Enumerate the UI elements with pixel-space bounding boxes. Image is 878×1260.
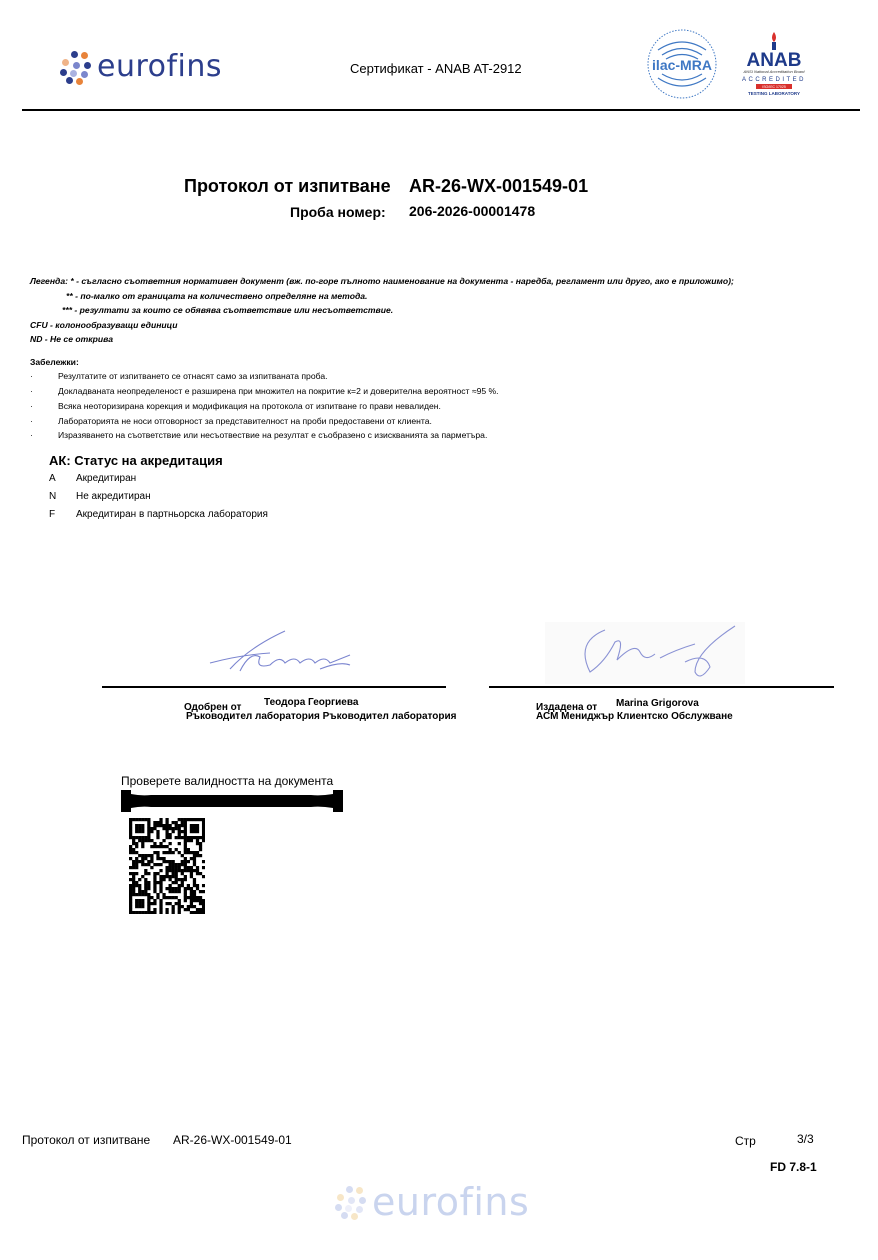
legend-line: ND - Не се открива (30, 334, 113, 344)
footer-doc-number: AR-26-WX-001549-01 (173, 1133, 292, 1147)
status-label: Акредитиран (76, 473, 136, 484)
eurofins-logo: eurofins (57, 49, 222, 85)
note-text: Лабораторията не носи отговорност за пре… (58, 416, 432, 426)
report-number: AR-26-WX-001549-01 (409, 176, 588, 197)
certificate-title: Сертификат - ANAB AT-2912 (350, 61, 522, 76)
signature-icon (545, 622, 745, 684)
approver-signature (200, 625, 360, 681)
footer-eurofins-logo: eurofins (332, 1184, 529, 1220)
note-item: · Всяка неоторизирана корекция и модифик… (30, 401, 441, 411)
svg-text:ACCREDITED: ACCREDITED (742, 77, 806, 83)
accreditation-status-row: A Акредитиран (49, 473, 136, 484)
svg-text:ilac-MRA: ilac-MRA (652, 57, 712, 73)
note-item: · Лабораторията не носи отговорност за п… (30, 416, 432, 426)
issuer-signature (545, 622, 745, 684)
signature-icon (200, 625, 360, 681)
note-text: Всяка неоторизирана корекция и модификац… (58, 401, 441, 411)
status-code: A (49, 473, 76, 484)
issuer-role: АСМ Мениджър Клиентско Обслужване (536, 711, 733, 722)
eurofins-wordmark: eurofins (372, 1184, 529, 1220)
redacted-link[interactable] (121, 790, 343, 812)
verify-document-label: Проверете валидността на документа (121, 774, 333, 788)
eurofins-wordmark: eurofins (97, 49, 222, 85)
issuer-name: Marina Grigorova (616, 698, 699, 709)
bullet-icon: · (30, 371, 58, 381)
accreditation-status-row: F Акредитиран в партньорска лаборатория (49, 509, 268, 520)
sample-number-label: Проба номер: (290, 204, 386, 220)
bullet-icon: · (30, 386, 58, 396)
notes-title: Забележки: (30, 357, 79, 367)
note-item: · Докладваната неопределеност е разширен… (30, 386, 499, 396)
note-text: Резултатите от изпитването се отнасят са… (58, 371, 328, 381)
svg-text:TESTING LABORATORY: TESTING LABORATORY (748, 91, 800, 96)
ilac-anab-logo-icon: ilac-MRA ANAB ANSI National Accreditatio… (646, 28, 826, 100)
qr-code-icon (129, 818, 205, 914)
note-text: Изразяването на съответствие или несъотв… (58, 430, 487, 440)
legend-line: CFU - колонообразуващи единици (30, 320, 177, 330)
footer-page-number: 3/3 (797, 1132, 814, 1146)
legend-line: Легенда: * - съгласно съответния нормати… (30, 276, 734, 286)
status-code: F (49, 509, 76, 520)
header-divider (22, 109, 860, 111)
legend-line: ** - по-малко от границата на количестве… (66, 291, 367, 301)
bullet-icon: · (30, 430, 58, 440)
accreditation-status-title: АК: Статус на акредитация (49, 453, 223, 468)
qr-code[interactable] (129, 818, 205, 914)
note-text: Докладваната неопределеност е разширена … (58, 386, 499, 396)
sample-number: 206-2026-00001478 (409, 203, 535, 219)
note-item: · Изразяването на съответствие или несъо… (30, 430, 487, 440)
footer-page-label: Стр (735, 1134, 756, 1148)
note-item: · Резултатите от изпитването се отнасят … (30, 371, 328, 381)
approver-name: Теодора Георгиева (264, 697, 358, 708)
footer-form-code: FD 7.8-1 (770, 1160, 817, 1174)
svg-text:ANAB: ANAB (747, 50, 802, 71)
bullet-icon: · (30, 416, 58, 426)
eurofins-dots-icon (332, 1184, 368, 1220)
report-title-label: Протокол от изпитване (184, 176, 391, 197)
bullet-icon: · (30, 401, 58, 411)
footer-doc-label: Протокол от изпитване (22, 1133, 150, 1147)
approver-role: Ръководител лаборатория Ръководител лабо… (186, 711, 456, 722)
svg-text:ISO/IEC 17025: ISO/IEC 17025 (762, 85, 786, 89)
issuer-signature-line (489, 686, 834, 688)
legend-line: *** - резултати за които се обявява съот… (62, 305, 393, 315)
svg-text:ANSI National Accreditation Bo: ANSI National Accreditation Board (743, 69, 806, 74)
eurofins-dots-icon (57, 49, 93, 85)
redaction-bar-icon (121, 790, 343, 812)
status-label: Акредитиран в партньорска лаборатория (76, 509, 268, 520)
accreditation-logos: ilac-MRA ANAB ANSI National Accreditatio… (646, 28, 826, 100)
status-code: N (49, 491, 76, 502)
accreditation-status-row: N Не акредитиран (49, 491, 151, 502)
status-label: Не акредитиран (76, 491, 151, 502)
approver-signature-line (102, 686, 446, 688)
